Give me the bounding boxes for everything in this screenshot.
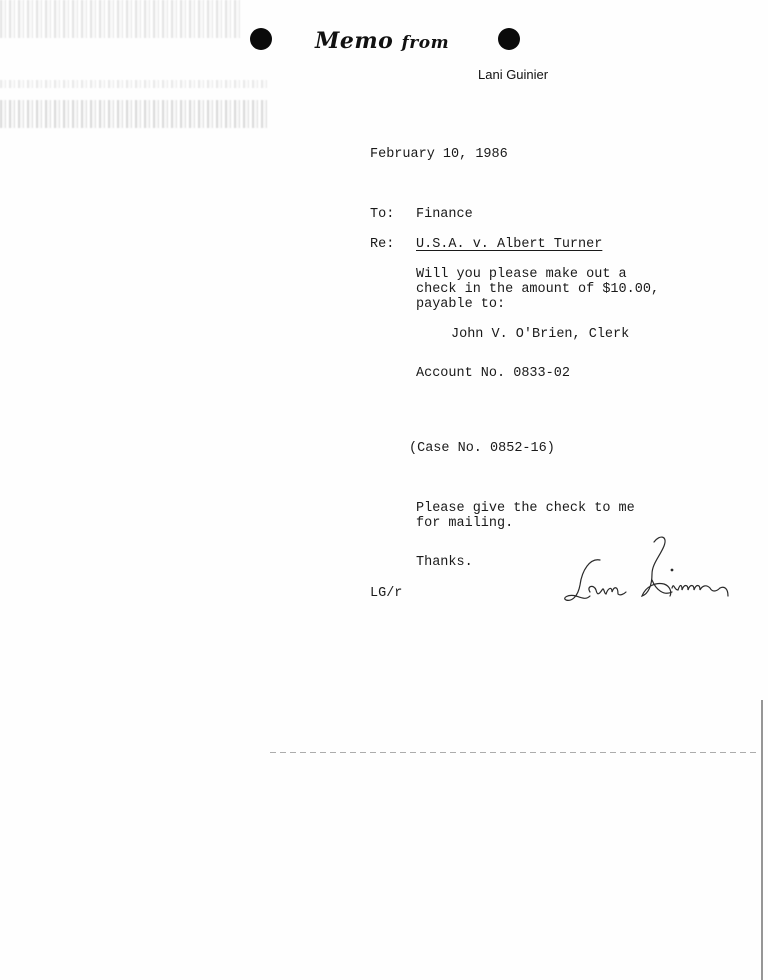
closing: Thanks. bbox=[416, 555, 473, 570]
re-subject: U.S.A. v. Albert Turner bbox=[416, 237, 602, 252]
case-number: (Case No. 0852-16) bbox=[409, 441, 555, 456]
re-label: Re: bbox=[370, 237, 394, 252]
sender-name: Lani Guinier bbox=[478, 67, 548, 82]
page-edge bbox=[761, 700, 763, 980]
scan-smudge bbox=[0, 0, 240, 38]
memo-word: Memo bbox=[315, 28, 393, 54]
punch-hole-icon bbox=[250, 28, 272, 50]
account-number: Account No. 0833-02 bbox=[416, 366, 570, 381]
memo-date: February 10, 1986 bbox=[370, 147, 508, 162]
signature-text: Lani Guinier bbox=[565, 568, 730, 598]
typist-initials: LG/r bbox=[370, 586, 402, 601]
scan-smudge bbox=[0, 100, 270, 128]
punch-hole-icon bbox=[498, 28, 520, 50]
mailing-paragraph: Please give the check to me for mailing. bbox=[416, 501, 635, 531]
memo-page: Memo from Lani Guinier February 10, 1986… bbox=[0, 0, 768, 980]
memo-letterhead-title: Memo from bbox=[315, 28, 449, 54]
to-label: To: bbox=[370, 207, 394, 222]
request-paragraph: Will you please make out a check in the … bbox=[416, 267, 659, 312]
scan-smudge bbox=[0, 80, 270, 88]
to-recipient: Finance bbox=[416, 207, 473, 222]
fold-line bbox=[270, 752, 760, 753]
payee-line: John V. O'Brien, Clerk bbox=[451, 327, 629, 342]
from-word: from bbox=[401, 33, 449, 53]
